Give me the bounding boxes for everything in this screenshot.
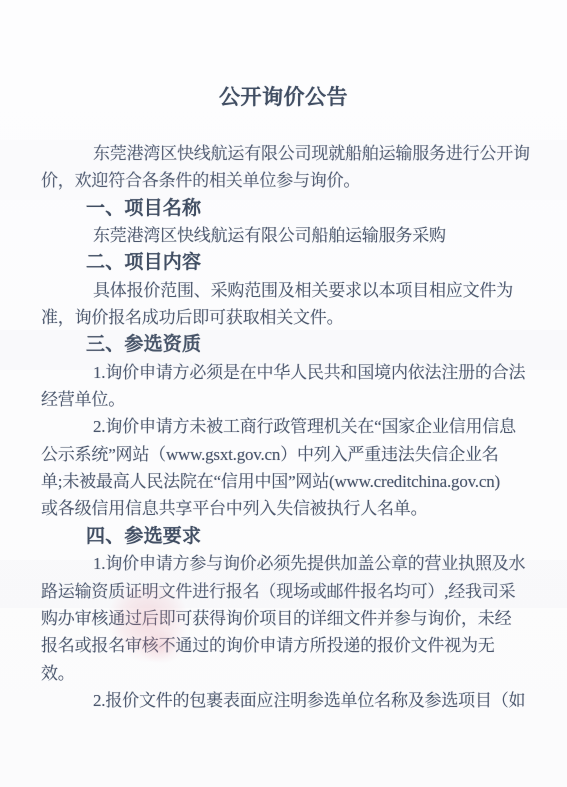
text-line: 公示系统”网站（www.gsxt.gov.cn）中列入严重违法失信企业名 — [41, 441, 526, 468]
text-line: 经营单位。 — [41, 386, 526, 413]
document-title: 公开询价公告 — [0, 84, 567, 110]
text-line: 东莞港湾区快线航运有限公司船舶运输服务采购 — [41, 222, 526, 249]
text-line: 购办审核通过后即可获得询价项目的详细文件并参与询价，未经 — [41, 605, 526, 632]
text-line: 准，询价报名成功后即可获取相关文件。 — [41, 304, 526, 331]
text-line: 或各级信用信息共享平台中列入失信被执行人名单。 — [41, 495, 526, 522]
text-line: 价，欢迎符合各条件的相关单位参与询价。 — [41, 167, 526, 194]
text-line: 2.询价申请方未被工商行政管理机关在“国家企业信用信息 — [41, 413, 526, 440]
text-line: 2.报价文件的包裹表面应注明参选单位名称及参选项目（如 — [41, 687, 526, 714]
document-body: 东莞港湾区快线航运有限公司现就船舶运输服务进行公开询价，欢迎符合各条件的相关单位… — [0, 140, 567, 714]
section-heading: 三、参选资质 — [41, 331, 526, 358]
text-line: 报名或报名审核不通过的询价申请方所投递的报价文件视为无 — [41, 632, 526, 659]
document-page: 公开询价公告 东莞港湾区快线航运有限公司现就船舶运输服务进行公开询价，欢迎符合各… — [0, 0, 567, 787]
text-line: 东莞港湾区快线航运有限公司现就船舶运输服务进行公开询 — [41, 140, 526, 167]
text-line: 1.询价申请方参与询价必须先提供加盖公章的营业执照及水 — [41, 550, 526, 577]
section-heading: 四、参选要求 — [41, 523, 526, 550]
section-heading: 二、项目内容 — [41, 249, 526, 276]
text-line: 效。 — [41, 660, 526, 687]
text-line: 具体报价范围、采购范围及相关要求以本项目相应文件为 — [41, 277, 526, 304]
text-line: 路运输资质证明文件进行报名（现场或邮件报名均可）,经我司采 — [41, 578, 526, 605]
section-heading: 一、项目名称 — [41, 195, 526, 222]
text-line: 单;未被最高人民法院在“信用中国”网站(www.creditchina.gov.… — [41, 468, 526, 495]
text-line: 1.询价申请方必须是在中华人民共和国境内依法注册的合法 — [41, 359, 526, 386]
